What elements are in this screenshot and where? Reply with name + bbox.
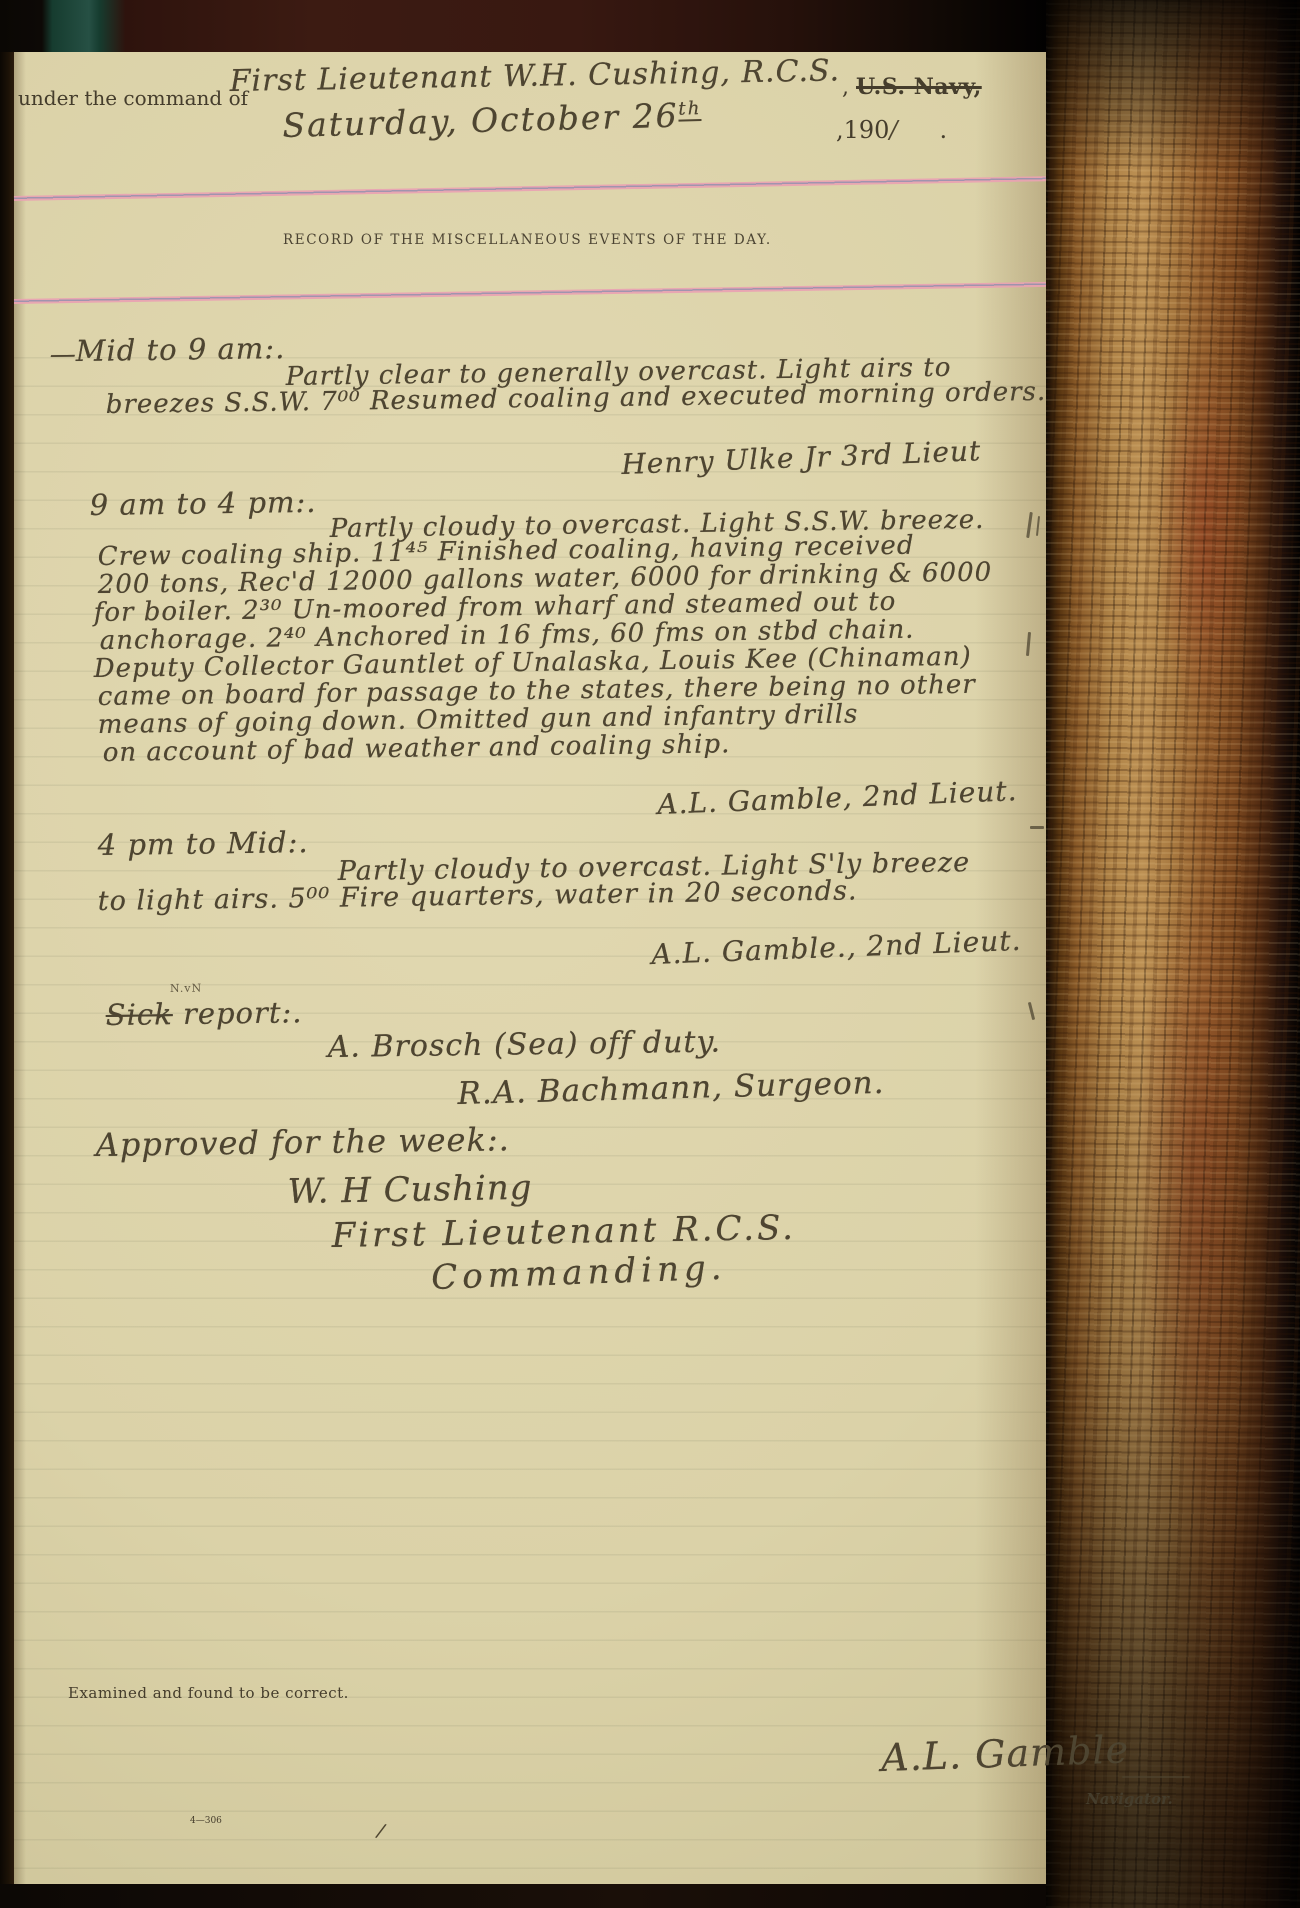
year-prefix: ,190 [836,116,889,144]
book-left-edge [0,0,14,1908]
logbook-scan: under the command of First Lieutenant W.… [0,0,1300,1908]
examined-statement: Examined and found to be correct. [68,1684,349,1702]
printed-command-prefix: under the command of [18,86,248,110]
watch-heading-4pm-mid: 4 pm to Mid:. [98,825,309,862]
year-digit-handwritten: / [889,116,897,144]
sick-report-heading: Sick report:. [106,995,303,1032]
signature-cushing: W. H Cushing [287,1168,533,1212]
service-designation: , U.S. Navy, [842,74,982,100]
navigator-label: Navigator. [1086,1790,1173,1808]
signature-trailing-line [1122,1776,1190,1778]
sick-report-entry: A. Brosch (Sea) off duty. [328,1025,722,1065]
sick-report-label: report:. [172,995,302,1031]
struck-word-sick: Sick [106,997,173,1032]
approval-line: Approved for the week:. [95,1120,510,1164]
book-top-binding [0,0,1046,52]
date-ordinal-suffix: th [678,98,702,122]
section-title: RECORD OF THE MISCELLANEOUS EVENTS OF TH… [283,232,772,248]
ink-smudge [1030,826,1044,829]
lead-dash: — [50,340,77,370]
watch-heading-mid-9am: Mid to 9 am:. [76,331,286,368]
struck-us-navy: U.S. Navy, [856,74,982,100]
form-number: 4—306 [190,1816,222,1826]
end-period: . [940,116,948,144]
cushing-rank-line: First Lieutenant R.C.S. [331,1208,796,1256]
fore-edge-shadow [1046,0,1300,1908]
tiny-annotation: N.vN [170,982,202,995]
book-bottom-binding [0,1884,1046,1908]
printed-year: ,190/. [836,116,947,144]
comma: , [842,75,849,100]
left-page-shadow [14,52,26,1884]
navigator-signature: A.L. Gamble [880,1727,1129,1780]
gutter-shadow [975,52,1046,1884]
watch-heading-9am-4pm: 9 am to 4 pm:. [90,485,317,522]
